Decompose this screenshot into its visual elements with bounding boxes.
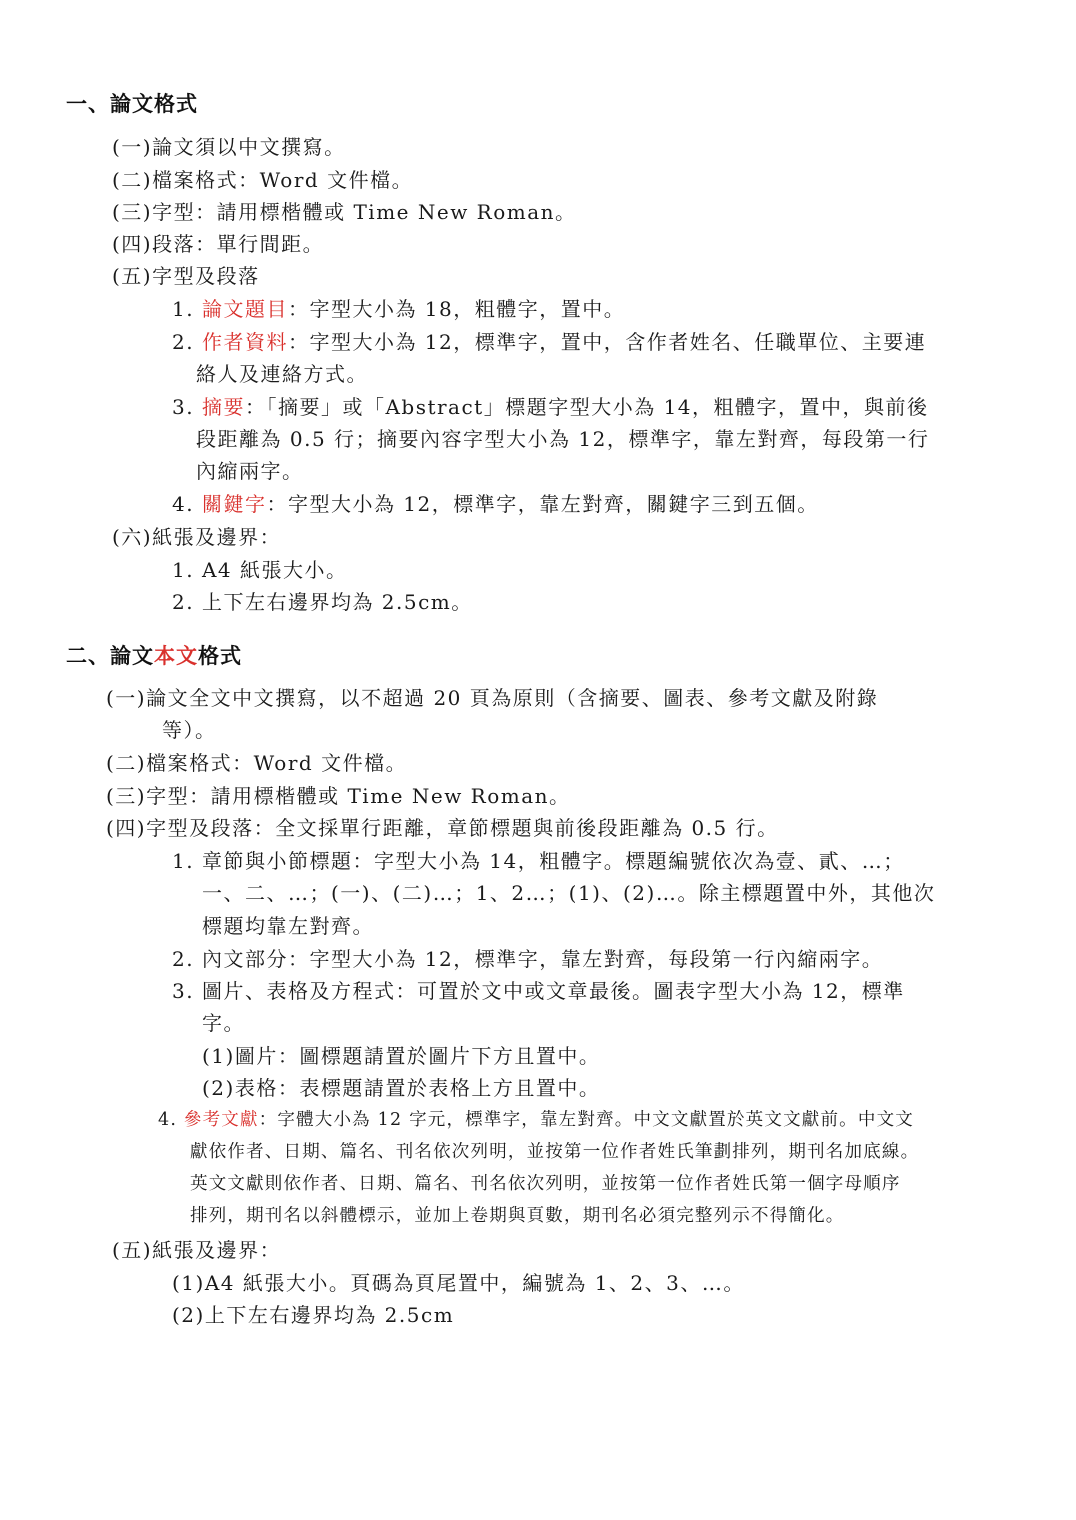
list-item: 4. 關鍵字：字型大小為 12，標準字，靠左對齊，關鍵字三到五個。 (172, 494, 819, 514)
list-item-continuation: 等）。 (162, 720, 217, 740)
list-item: 2. 內文部分：字型大小為 12，標準字，靠左對齊，每段第一行內縮兩字。 (172, 949, 883, 969)
list-item: (一)論文全文中文撰寫，以不超過 20 頁為原則（含摘要、圖表、參考文獻及附錄 (106, 688, 878, 708)
highlight-term: 摘要 (202, 395, 245, 419)
list-item: 2. 作者資料：字型大小為 12，標準字，置中，含作者姓名、任職單位、主要連 (172, 332, 926, 352)
list-item: (1)A4 紙張大小。頁碼為頁尾置中，編號為 1、2、3、…。 (172, 1273, 745, 1293)
highlight-term: 參考文獻 (184, 1110, 259, 1130)
list-item: 1. A4 紙張大小。 (172, 560, 347, 580)
list-item: (三)字型：請用標楷體或 Time New Roman。 (112, 202, 577, 222)
paper-label: (六)紙張及邊界： (112, 527, 281, 547)
list-item-continuation: 內縮兩字。 (196, 461, 304, 481)
list-item-continuation: 絡人及連絡方式。 (196, 364, 368, 384)
list-item: (一)論文須以中文撰寫。 (112, 137, 346, 157)
list-item-continuation: 字。 (202, 1013, 245, 1033)
list-item-continuation: 段距離為 0.5 行；摘要內容字型大小為 12，標準字，靠左對齊，每段第一行 (196, 429, 929, 449)
section-2-heading: 二、論文本文格式 (66, 640, 242, 670)
highlight-term: 論文題目 (202, 297, 288, 321)
list-item: 1. 論文題目：字型大小為 18，粗體字，置中。 (172, 299, 625, 319)
list-item-continuation: 英文文獻則依作者、日期、篇名、刊名依次列明，並按第一位作者姓氏第一個字母順序 (190, 1176, 901, 1194)
list-item: 3. 圖片、表格及方程式：可置於文中或文章最後。圖表字型大小為 12，標準 (172, 981, 905, 1001)
list-item: (二)檔案格式：Word 文件檔。 (112, 170, 413, 190)
list-item: 1. 章節與小節標題：字型大小為 14，粗體字。標題編號依次為壹、貳、…； (172, 851, 905, 871)
list-item: (四)段落：單行間距。 (112, 234, 324, 254)
list-item: (2)表格：表標題請置於表格上方且置中。 (202, 1078, 600, 1098)
list-item-continuation: 一、二、…；(一)、(二)…；1、2…；(1)、(2)…。除主標題置中外，其他次 (202, 883, 935, 903)
document-page: 一、論文格式 (一)論文須以中文撰寫。 (二)檔案格式：Word 文件檔。 (三… (0, 0, 1076, 1520)
list-item: (五)字型及段落 (112, 266, 260, 286)
list-item: (三)字型：請用標楷體或 Time New Roman。 (106, 786, 571, 806)
list-item-continuation: 標題均靠左對齊。 (202, 916, 374, 936)
list-item: (1)圖片：圖標題請置於圖片下方且置中。 (202, 1046, 600, 1066)
highlight-term: 關鍵字 (202, 492, 267, 516)
paper-label: (五)紙張及邊界： (112, 1240, 281, 1260)
list-item: (四)字型及段落：全文採單行距離，章節標題與前後段距離為 0.5 行。 (106, 818, 779, 838)
list-item: (二)檔案格式：Word 文件檔。 (106, 753, 407, 773)
highlight-term: 作者資料 (202, 330, 288, 354)
list-item: 4. 參考文獻：字體大小為 12 字元，標準字，靠左對齊。中文文獻置於英文文獻前… (158, 1112, 914, 1130)
list-item: (2)上下左右邊界均為 2.5cm (172, 1305, 454, 1325)
list-item-continuation: 排列，期刊名以斜體標示，並加上卷期與頁數，期刊名必須完整列示不得簡化。 (190, 1208, 845, 1226)
list-item: 2. 上下左右邊界均為 2.5cm。 (172, 592, 473, 612)
list-item: 3. 摘要：「摘要」或「Abstract」標題字型大小為 14，粗體字，置中，與… (172, 397, 929, 417)
list-item-continuation: 獻依作者、日期、篇名、刊名依次列明，並按第一位作者姓氏筆劃排列，期刊名加底線。 (190, 1144, 919, 1162)
section-1-heading: 一、論文格式 (66, 88, 198, 118)
